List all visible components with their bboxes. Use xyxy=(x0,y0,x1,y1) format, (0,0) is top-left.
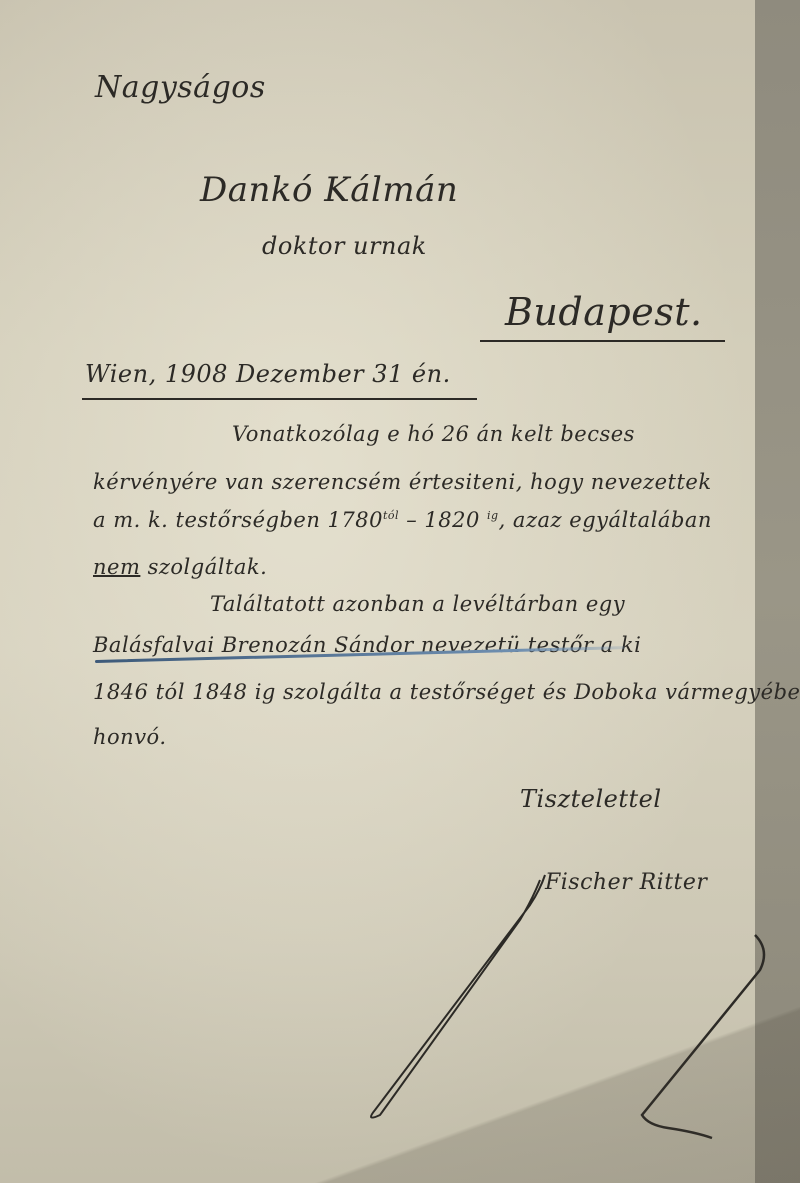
signature-flourish xyxy=(0,0,800,1183)
